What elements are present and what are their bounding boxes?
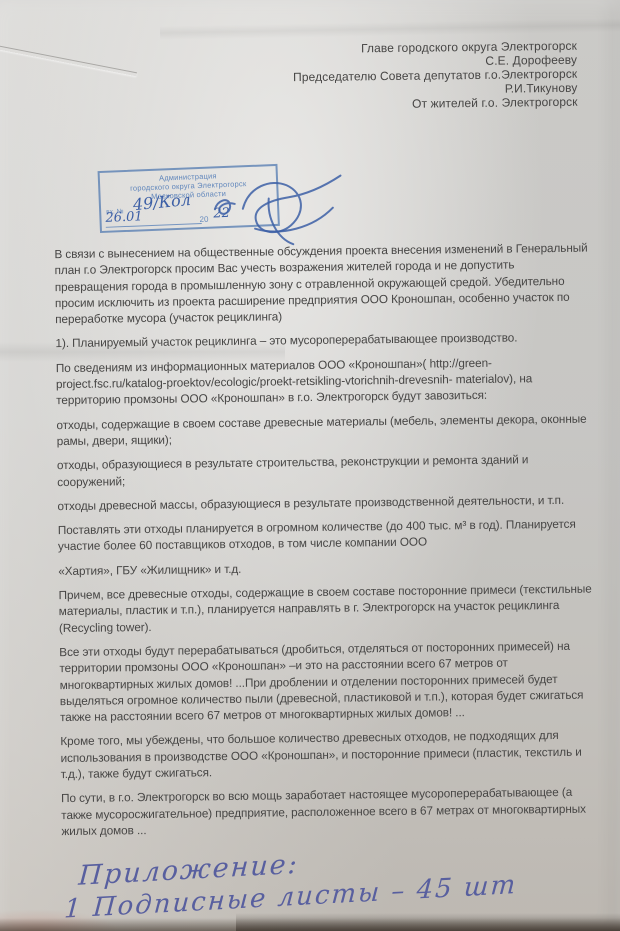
- stamp-date-handwritten: 26.01: [105, 209, 143, 225]
- recipient-block: Главе городского округа Электрогорск С.Е…: [293, 39, 578, 112]
- body-paragraph: Поставлять эти отходы планируется в огро…: [58, 516, 594, 555]
- document-photo: Главе городского округа Электрогорск С.Е…: [0, 0, 620, 931]
- stamp-year-prefix: 20: [199, 215, 208, 224]
- recipient-line: От жителей г.о. Электрогорск: [293, 95, 577, 112]
- body-paragraph: Все эти отходы будут перерабатываться (д…: [59, 637, 596, 725]
- body-paragraph: Кроме того, мы убеждены, что большое кол…: [60, 727, 597, 782]
- body-paragraph: отходы, содержащие в своем составе древе…: [56, 410, 592, 449]
- body-paragraph: Причем, все древесные отходы, содержащие…: [58, 581, 595, 636]
- letter-body: В связи с вынесением на общественные обс…: [54, 240, 597, 848]
- body-paragraph: «Хартия», ГБУ «Жилищник» и т.д.: [58, 556, 594, 579]
- body-paragraph: 1). Планируемый участок рециклинга – это…: [55, 329, 591, 352]
- body-paragraph: отходы древесной массы, образующиеся в р…: [57, 491, 593, 514]
- paper-edge-shadow-right: [236, 913, 620, 931]
- letter-page: Главе городского округа Электрогорск С.Е…: [0, 0, 620, 931]
- body-paragraph: отходы, образующиеся в результате строит…: [57, 451, 593, 490]
- signature-scrawl: [208, 170, 349, 252]
- body-paragraph: В связи с вынесением на общественные обс…: [54, 240, 591, 328]
- body-paragraph: По сведениям из информационных материало…: [56, 353, 593, 408]
- body-paragraph: По сути, в г.о. Электрогорск во всю мощь…: [61, 784, 598, 839]
